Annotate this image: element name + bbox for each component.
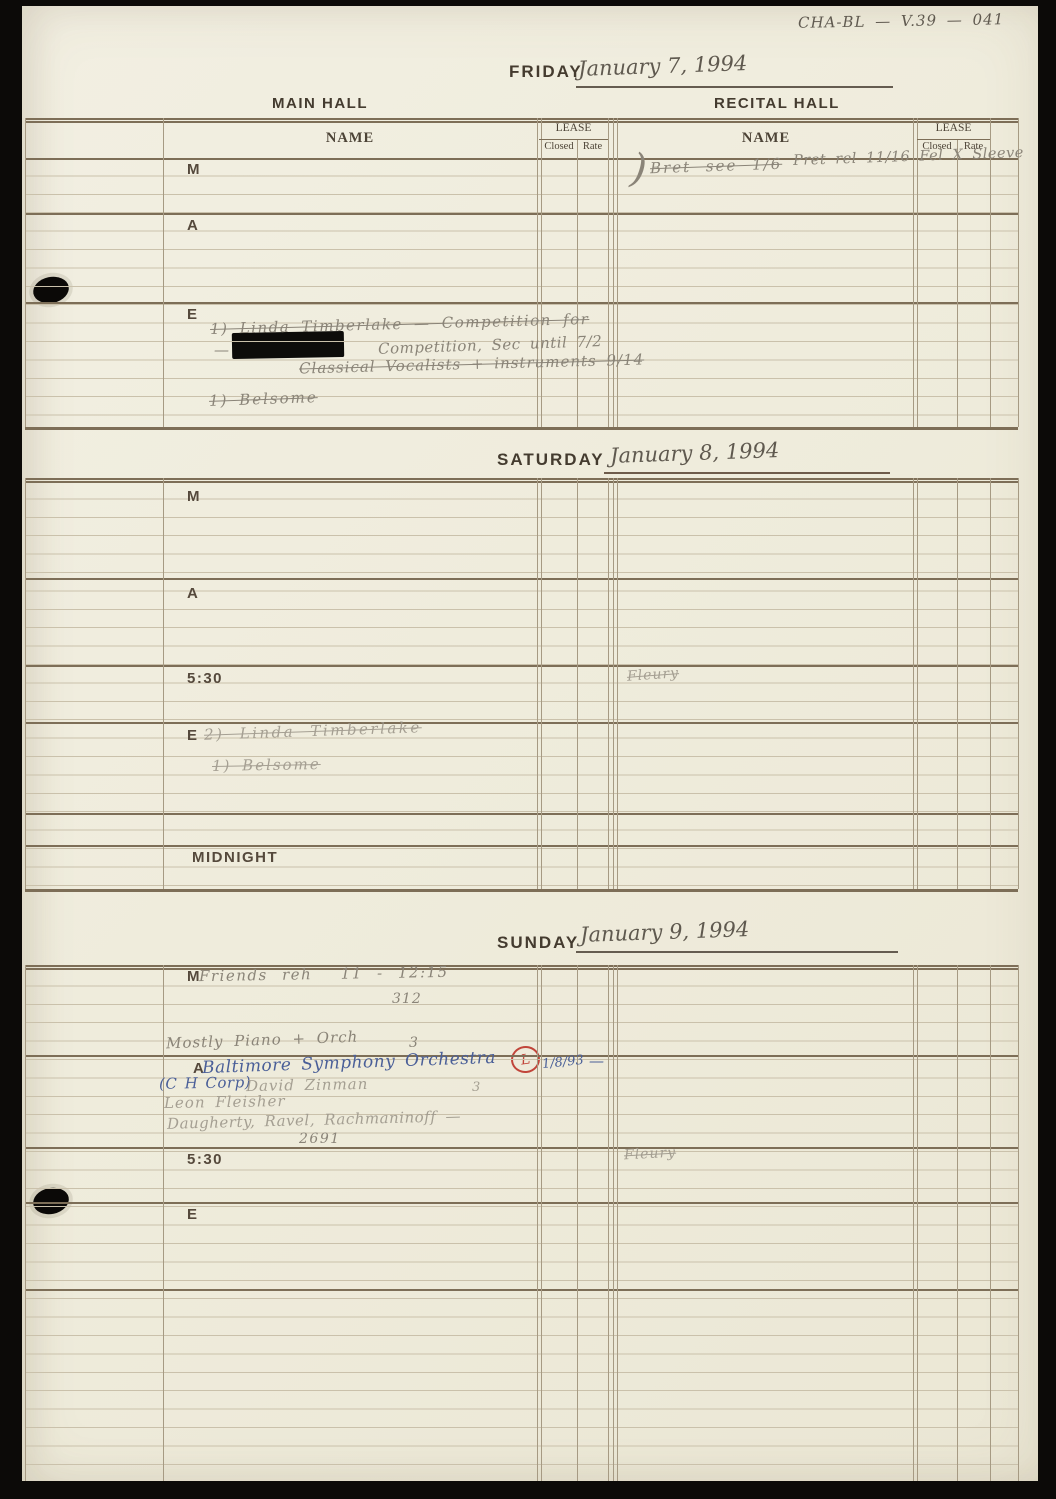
column-line (25, 118, 26, 427)
time-label-m: M (187, 161, 201, 178)
column-line (25, 478, 26, 889)
date-underline-friday (576, 86, 893, 88)
fri-main-e4-handwriting: 1) Belsome (209, 388, 318, 410)
time-label-a: A (187, 585, 199, 602)
time-label-a: A (187, 217, 199, 234)
column-line (25, 965, 26, 1481)
column-line (957, 478, 958, 889)
main-rate-header: Rate (577, 141, 608, 152)
date-underline-sunday (576, 951, 898, 953)
column-line (537, 478, 538, 889)
recital-hall-label: RECITAL HALL (714, 95, 840, 112)
ruled-lines (25, 481, 1018, 889)
sun-main-a3-handwriting: Leon Fleisher (164, 1092, 286, 1112)
main-lease-header: LEASE (539, 122, 608, 134)
row-boundary-line (25, 1055, 1018, 1057)
sun-main-a5-handwriting: 2691 (299, 1131, 341, 1147)
scanned-ledger-page: CHA-BL — V.39 — 041 FRIDAY January 7, 19… (0, 0, 1056, 1499)
row-boundary-line (25, 121, 1018, 123)
row-boundary-line (25, 1202, 1018, 1204)
time-label-530: 5:30 (187, 670, 223, 687)
row-boundary-line (25, 478, 1018, 480)
archive-code-handwritten: CHA-BL — V.39 — 041 (798, 10, 1005, 32)
row-boundary-line (25, 889, 1018, 892)
row-boundary-line (25, 578, 1018, 580)
column-line (957, 139, 958, 427)
sun-main-a2-count-handwriting: 3 (472, 1080, 480, 1095)
column-line (613, 478, 614, 889)
column-line (1018, 965, 1019, 1481)
row-boundary-line (25, 965, 1018, 967)
time-label-midnight: MIDNIGHT (192, 849, 278, 866)
column-line (613, 118, 614, 427)
sun-main-m2-handwriting: 312 (392, 991, 422, 1007)
sat-main-e2-handwriting: 1) Belsome (212, 755, 321, 775)
time-label-m: M (187, 488, 201, 505)
day-label-sunday: SUNDAY (497, 933, 579, 953)
column-line (163, 478, 164, 889)
day-label-friday: FRIDAY (509, 62, 583, 82)
column-line (990, 118, 991, 427)
column-line (917, 965, 918, 1481)
day-label-saturday: SATURDAY (497, 450, 605, 470)
column-line (163, 118, 164, 427)
column-line (577, 139, 578, 427)
recital-name-header: NAME (619, 130, 913, 147)
row-boundary-line (25, 1289, 1018, 1291)
time-label-e: E (187, 306, 199, 323)
row-boundary-line (25, 302, 1018, 304)
column-line (537, 965, 538, 1481)
date-underline-saturday (604, 472, 890, 474)
row-boundary-line (25, 722, 1018, 724)
column-line (541, 478, 542, 889)
row-boundary-line (25, 665, 1018, 667)
column-line (617, 965, 618, 1481)
row-boundary-line (25, 427, 1018, 430)
column-line (617, 478, 618, 889)
lease-header-underline (539, 139, 608, 140)
sun-main-a0-count-handwriting: 3 (409, 1035, 418, 1051)
column-line (541, 118, 542, 427)
time-label-530: 5:30 (187, 1151, 223, 1168)
row-boundary-line (25, 968, 1018, 970)
row-boundary-line (25, 845, 1018, 847)
column-line (917, 478, 918, 889)
row-boundary-line (25, 118, 1018, 120)
row-boundary-line (25, 1147, 1018, 1149)
row-boundary-line (25, 481, 1018, 483)
column-line (990, 965, 991, 1481)
column-line (957, 965, 958, 1481)
column-line (577, 965, 578, 1481)
time-label-e: E (187, 727, 199, 744)
column-line (537, 118, 538, 427)
sun-recital-530-handwriting: Fleury (624, 1145, 677, 1164)
row-boundary-line (25, 213, 1018, 215)
column-line (913, 478, 914, 889)
ruled-lines (25, 158, 1018, 427)
column-line (577, 478, 578, 889)
main-hall-label: MAIN HALL (272, 95, 368, 112)
column-line (913, 965, 914, 1481)
row-boundary-line (25, 813, 1018, 815)
column-line (608, 478, 609, 889)
column-line (990, 478, 991, 889)
lease-header-underline (917, 139, 990, 140)
fri-main-e-dash-handwriting: — (214, 341, 229, 359)
column-line (163, 965, 164, 1481)
column-line (608, 965, 609, 1481)
column-line (541, 965, 542, 1481)
column-line (608, 118, 609, 427)
main-closed-header: Closed (541, 141, 577, 152)
main-name-header: NAME (163, 130, 537, 147)
column-line (1018, 118, 1019, 427)
time-label-e: E (187, 1206, 199, 1223)
column-line (613, 965, 614, 1481)
sun-lease-dash-handwriting: — (589, 1052, 604, 1070)
column-line (1018, 478, 1019, 889)
sun-main-a2-corp-handwriting: (C H Corp) (159, 1073, 251, 1093)
recital-lease-header: LEASE (917, 122, 990, 134)
column-line (617, 118, 618, 427)
